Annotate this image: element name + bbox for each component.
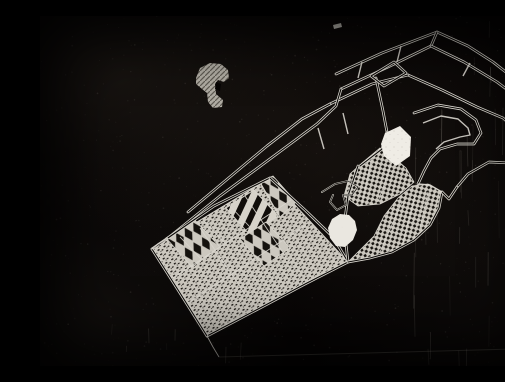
grain-speck [472,205,473,206]
grain-speck [193,280,195,282]
grain-speck [236,25,237,26]
grain-speck [212,49,214,51]
grain-speck [202,216,203,217]
grain-speck [381,18,382,19]
grain-speck [299,76,300,77]
grain-speck [90,207,91,208]
grain-speck [279,47,280,48]
grain-speck [412,221,413,222]
grain-speck [46,110,47,111]
grain-speck [235,65,237,67]
grain-speck [336,64,337,65]
grain-speck [237,302,238,303]
grain-speck [40,67,41,68]
grain-speck [151,298,152,299]
grain-speck [480,211,481,212]
grain-speck [502,76,503,77]
grain-speck [294,55,296,57]
grain-speck [132,128,133,129]
grain-speck [251,281,252,282]
grain-speck [235,278,237,280]
grain-speck [200,48,201,49]
grain-speck [396,79,398,81]
grain-speck [126,189,128,191]
grain-speck [323,239,324,240]
grain-speck [264,237,266,239]
grain-speck [472,325,473,326]
grain-speck [352,26,354,28]
grain-speck [398,206,399,207]
grain-speck [233,247,234,248]
grain-speck [232,79,234,81]
grain-speck [381,262,382,263]
grain-speck [358,234,359,235]
grain-speck [205,127,206,128]
grain-speck [201,33,202,34]
grain-speck [63,331,64,332]
grain-speck [469,243,470,244]
grain-speck [323,309,325,311]
grain-speck [118,338,119,339]
grain-speck [130,71,131,72]
grain-speck [268,142,269,143]
grain-speck [145,341,147,343]
grain-speck [121,135,122,136]
grain-speck [172,260,173,261]
grain-speck [480,129,481,130]
grain-speck [248,168,250,170]
grain-speck [296,164,298,166]
grain-speck [364,93,365,94]
grain-speck [381,151,382,152]
grain-speck [305,216,306,217]
grain-speck [437,38,439,40]
grain-speck [56,323,57,324]
grain-speck [186,186,187,187]
grain-speck [160,124,161,125]
grain-speck [119,140,121,142]
grain-speck [130,291,132,293]
grain-speck [157,361,158,362]
grain-speck [252,191,253,192]
grain-speck [420,159,421,160]
grain-speck [349,331,350,332]
grain-speck [282,137,283,138]
grain-speck [72,36,73,37]
grain-speck [366,225,368,227]
grain-speck [68,258,69,259]
grain-speck [482,136,483,137]
grain-speck [414,59,415,60]
grain-speck [475,90,476,91]
grain-speck [123,69,124,70]
grain-speck [329,347,331,349]
grain-speck [429,154,431,156]
grain-speck [416,206,417,207]
grain-speck [305,325,306,326]
grain-speck [334,66,336,68]
grain-speck [300,144,301,145]
grain-speck [173,222,174,223]
grain-speck [216,73,218,75]
grain-speck [96,179,97,180]
grain-speck [246,294,247,295]
grain-speck [225,90,226,91]
grain-speck [499,29,500,30]
connector-e [343,113,348,134]
grain-speck [179,69,181,71]
grain-speck [246,135,248,137]
grain-speck [93,363,94,364]
grain-speck [248,134,249,135]
grain-speck [455,139,457,141]
grain-speck [386,324,388,326]
grain-speck [112,58,114,60]
scratch-line [468,210,469,225]
grain-speck [466,189,467,190]
grain-speck [104,98,105,99]
grain-speck [322,233,324,235]
grain-speck [199,255,200,256]
grain-speck [246,197,247,198]
grain-speck [115,230,117,232]
grain-speck [468,236,469,237]
grain-speck [187,268,188,269]
grain-speck [142,49,143,50]
grain-speck [225,39,227,41]
grain-speck [329,290,330,291]
grain-speck [172,353,173,354]
grain-speck [257,162,258,163]
grain-speck [312,74,313,75]
grain-speck [287,88,288,89]
scratch-line [466,349,467,366]
grain-speck [491,321,493,323]
grain-speck [399,33,401,35]
grain-speck [138,284,140,286]
grain-speck [402,126,403,127]
grain-speck [464,270,465,271]
grain-speck [174,102,175,103]
scratch-line [459,351,460,366]
grain-speck [500,146,501,147]
grain-speck [327,239,328,240]
grain-speck [456,274,458,276]
grain-speck [494,164,496,166]
grain-speck [477,352,478,353]
grain-speck [96,140,97,141]
grain-speck [266,299,268,301]
grain-speck [178,35,179,36]
grain-speck [482,159,483,160]
grain-speck [65,74,66,75]
grain-speck [65,255,66,256]
grain-speck [112,150,114,152]
grain-speck [485,113,486,114]
grain-speck [257,289,258,290]
grain-speck [469,138,470,139]
grain-speck [186,259,187,260]
grain-speck [42,41,43,42]
grain-speck [250,202,251,203]
grain-speck [396,352,397,353]
grain-speck [469,204,470,205]
grain-speck [114,239,115,240]
grain-speck [123,18,124,19]
grain-speck [381,242,383,244]
grain-speck [351,169,352,170]
grain-speck [429,182,431,184]
grain-speck [62,185,63,186]
grain-speck [94,202,95,203]
grain-speck [109,345,110,346]
grain-speck [46,120,47,121]
grain-speck [382,196,383,197]
grain-speck [405,275,407,277]
grain-speck [307,60,308,61]
grain-speck [68,200,70,202]
grain-speck [218,202,219,203]
white-blob [328,214,357,247]
grain-speck [471,124,473,126]
grain-speck [86,103,87,104]
grain-speck [271,74,273,76]
grain-speck [286,55,287,56]
grain-speck [56,353,57,354]
grain-speck [360,55,361,56]
grain-speck [186,335,187,336]
grain-speck [219,247,220,248]
grain-speck [374,311,375,312]
grain-speck [56,219,58,221]
grain-speck [83,140,84,141]
grain-speck [113,339,114,340]
grain-speck [346,288,347,289]
grain-speck [84,114,86,116]
grain-speck [238,262,239,263]
grain-speck [304,57,305,58]
grain-speck [198,169,199,170]
grain-speck [198,365,199,366]
grain-speck [113,274,114,275]
grain-speck [494,177,496,179]
grain-speck [78,294,79,295]
grain-speck [141,192,142,193]
grain-speck [420,156,421,157]
grain-speck [488,362,489,363]
grain-speck [107,24,108,25]
grain-speck [196,232,197,233]
grain-speck [183,168,184,169]
grain-speck [204,96,206,98]
grain-speck [491,326,492,327]
grain-speck [500,37,501,38]
grain-speck [139,226,140,227]
hook-blob-notch [215,82,221,91]
grain-speck [465,54,466,55]
grain-speck [103,83,104,84]
grain-speck [469,268,470,269]
grain-speck [311,314,312,315]
grain-speck [244,169,246,171]
grain-speck [466,22,467,23]
grain-speck [369,98,371,100]
grain-speck [450,194,451,195]
grain-speck [237,98,238,99]
grain-speck [46,324,47,325]
grain-speck [41,61,42,62]
grain-speck [460,291,461,292]
grain-speck [429,358,430,359]
grain-speck [276,322,278,324]
grain-speck [241,210,242,211]
grain-speck [84,276,85,277]
grain-speck [450,223,451,224]
grain-speck [50,334,51,335]
grain-speck [363,161,365,163]
grain-speck [304,164,306,166]
grain-speck [497,50,498,51]
grain-speck [206,173,207,174]
grain-speck [403,217,405,219]
grain-speck [315,82,316,83]
grain-speck [184,249,185,250]
grain-speck [144,152,145,153]
grain-speck [87,243,88,244]
grain-speck [261,212,262,213]
grain-speck [361,27,362,28]
grain-speck [288,222,289,223]
grain-speck [45,217,46,218]
grain-speck [73,237,74,238]
grain-speck [242,357,244,359]
grain-speck [207,209,209,211]
scratch-line [499,181,500,238]
grain-speck [316,143,317,144]
grain-speck [274,321,275,322]
grain-speck [503,161,505,163]
grain-speck [237,171,238,172]
grain-speck [50,265,51,266]
grain-speck [68,324,69,325]
grain-speck [134,44,136,46]
grain-speck [406,120,407,121]
grain-speck [385,126,386,127]
scratch-line [472,126,473,182]
grain-speck [387,94,388,95]
grain-speck [401,136,402,137]
grain-speck [402,107,403,108]
grain-speck [197,121,198,122]
grain-speck [375,147,376,148]
grain-speck [85,167,86,168]
grain-speck [112,365,113,366]
grain-speck [398,63,399,64]
grain-speck [305,242,307,244]
grain-speck [116,288,117,289]
grain-speck [153,303,155,305]
grain-speck [84,356,86,358]
grain-speck [99,60,100,61]
grain-speck [83,84,85,86]
grain-speck [441,310,443,312]
grain-speck [346,173,347,174]
grain-speck [200,234,201,235]
grain-speck [478,134,479,135]
grain-speck [100,190,101,191]
grain-speck [267,277,269,279]
grain-speck [173,53,174,54]
grain-speck [230,343,232,345]
grain-speck [462,338,463,339]
map-photo [40,16,505,366]
grain-speck [89,215,90,216]
grain-speck [108,119,110,121]
grain-speck [375,188,376,189]
grain-speck [388,360,390,362]
grain-speck [251,332,252,333]
grain-speck [316,153,317,154]
grain-speck [179,177,181,179]
grain-speck [115,122,116,123]
grain-speck [81,296,82,297]
grain-speck [383,222,384,223]
grain-speck [324,77,325,78]
grain-speck [50,325,51,326]
grain-speck [215,310,216,311]
grain-speck [362,119,363,120]
grain-speck [53,240,54,241]
grain-speck [425,153,426,154]
grain-speck [341,227,342,228]
grain-speck [326,46,327,47]
grain-speck [502,263,503,264]
grain-speck [403,266,404,267]
grain-speck [427,276,428,277]
grain-speck [164,64,165,65]
grain-speck [289,172,291,174]
grain-speck [313,345,315,347]
grain-speck [395,307,397,309]
grain-speck [130,45,132,47]
grain-speck [149,313,150,314]
grain-speck [440,32,441,33]
grain-speck [208,173,210,175]
grain-speck [477,280,479,282]
grain-speck [203,238,204,239]
grain-speck [369,38,370,39]
grain-speck [301,249,302,250]
grain-speck [244,41,246,43]
grain-speck [92,346,93,347]
grain-speck [319,219,320,220]
grain-speck [292,178,293,179]
grain-speck [349,355,351,357]
grain-speck [135,220,136,221]
grain-speck [61,107,62,108]
grain-speck [276,309,277,310]
grain-speck [191,22,192,23]
grain-speck [410,46,411,47]
grain-speck [264,165,265,166]
grain-speck [120,136,121,137]
grain-speck [152,326,153,327]
grain-speck [288,150,289,151]
grain-speck [166,276,167,277]
grain-speck [108,301,109,302]
grain-speck [386,105,387,106]
grain-speck [97,93,99,95]
